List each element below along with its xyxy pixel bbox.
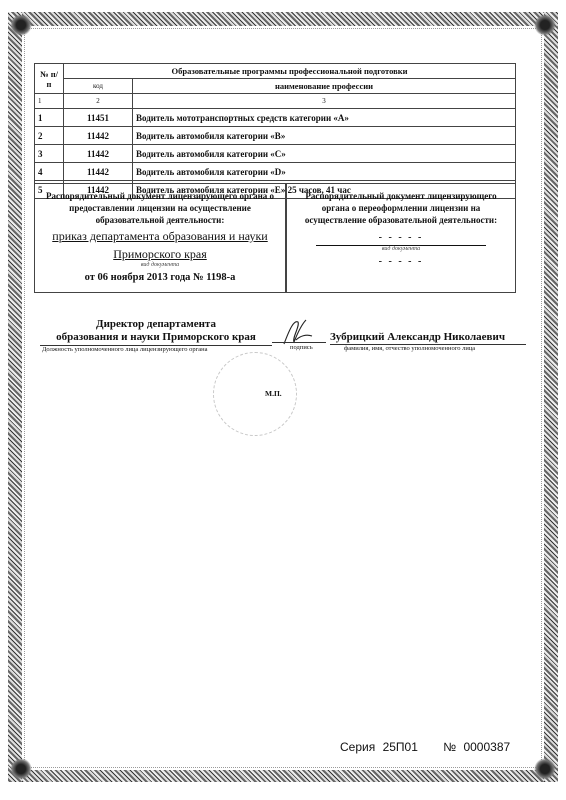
seal-stamp-icon: [213, 352, 297, 436]
license-reissue-box: Распорядительный документ лицензирующего…: [286, 183, 516, 293]
number-value: 0000387: [463, 740, 510, 754]
corner-ornament-icon: [534, 14, 556, 36]
reissue-doc-caption: вид документа: [287, 246, 515, 252]
row-name: Водитель автомобиля категории «В»: [133, 127, 516, 145]
reissue-heading: Распорядительный документ лицензирующего…: [287, 190, 515, 226]
signature-caption: подпись: [290, 344, 313, 351]
row-num: 1: [35, 109, 64, 127]
index-cell: 2: [64, 94, 133, 109]
row-num: 4: [35, 163, 64, 181]
grant-heading: Распорядительный документ лицензирующего…: [35, 190, 285, 226]
reissue-date-placeholder: - - - - -: [287, 256, 515, 267]
header-num: № п/п: [35, 64, 64, 94]
row-code: 11442: [64, 163, 133, 181]
number-label: №: [443, 740, 456, 754]
name-caption: фамилия, имя, отчество уполномоченного л…: [330, 345, 526, 352]
header-title: Образовательные программы профессиональн…: [64, 64, 516, 79]
grant-date: от 06 ноября 2013 года № 1198-а: [35, 272, 285, 283]
row-code: 11442: [64, 145, 133, 163]
grant-doc-line1: приказ департамента образования и науки: [35, 228, 285, 244]
corner-ornament-icon: [10, 758, 32, 780]
row-name: Водитель автомобиля категории «D»: [133, 163, 516, 181]
row-num: 3: [35, 145, 64, 163]
index-cell: 3: [133, 94, 516, 109]
row-name: Водитель мототранспортных средств катего…: [133, 109, 516, 127]
grant-doc-caption: вид документа: [35, 262, 285, 268]
form-series: Серия 25П01 № 0000387: [340, 740, 514, 754]
series-value: 25П01: [383, 740, 418, 754]
signature-area: подпись: [272, 318, 326, 348]
seal-label: М.П.: [265, 389, 282, 398]
official-name: Зубрицкий Александр Николаевич фамилия, …: [330, 331, 526, 352]
table-row: 2 11442 Водитель автомобиля категории «В…: [35, 127, 516, 145]
row-code: 11451: [64, 109, 133, 127]
header-name: наименование профессии: [133, 79, 516, 94]
table-row: 1 11451 Водитель мототранспортных средст…: [35, 109, 516, 127]
corner-ornament-icon: [10, 14, 32, 36]
row-name: Водитель автомобиля категории «С»: [133, 145, 516, 163]
programs-table: № п/п Образовательные программы професси…: [34, 63, 516, 199]
table-row: 3 11442 Водитель автомобиля категории «С…: [35, 145, 516, 163]
position-line2: образования и науки Приморского края: [40, 331, 272, 344]
corner-ornament-icon: [534, 758, 556, 780]
signer-name: Зубрицкий Александр Николаевич: [330, 331, 526, 344]
index-cell: 1: [35, 94, 64, 109]
header-code: код: [64, 79, 133, 94]
signature-rule: [272, 342, 326, 343]
official-position: Директор департамента образования и наук…: [40, 318, 272, 353]
position-caption: Должность уполномоченного лица лицензиру…: [40, 346, 272, 353]
license-grant-box: Распорядительный документ лицензирующего…: [34, 183, 286, 293]
series-label: Серия: [340, 740, 375, 754]
table-row: 4 11442 Водитель автомобиля категории «D…: [35, 163, 516, 181]
position-line1: Директор департамента: [40, 318, 272, 331]
row-num: 2: [35, 127, 64, 145]
reissue-doc-placeholder: - - - - -: [287, 232, 515, 243]
grant-doc-line2: Приморского края: [35, 246, 285, 262]
row-code: 11442: [64, 127, 133, 145]
